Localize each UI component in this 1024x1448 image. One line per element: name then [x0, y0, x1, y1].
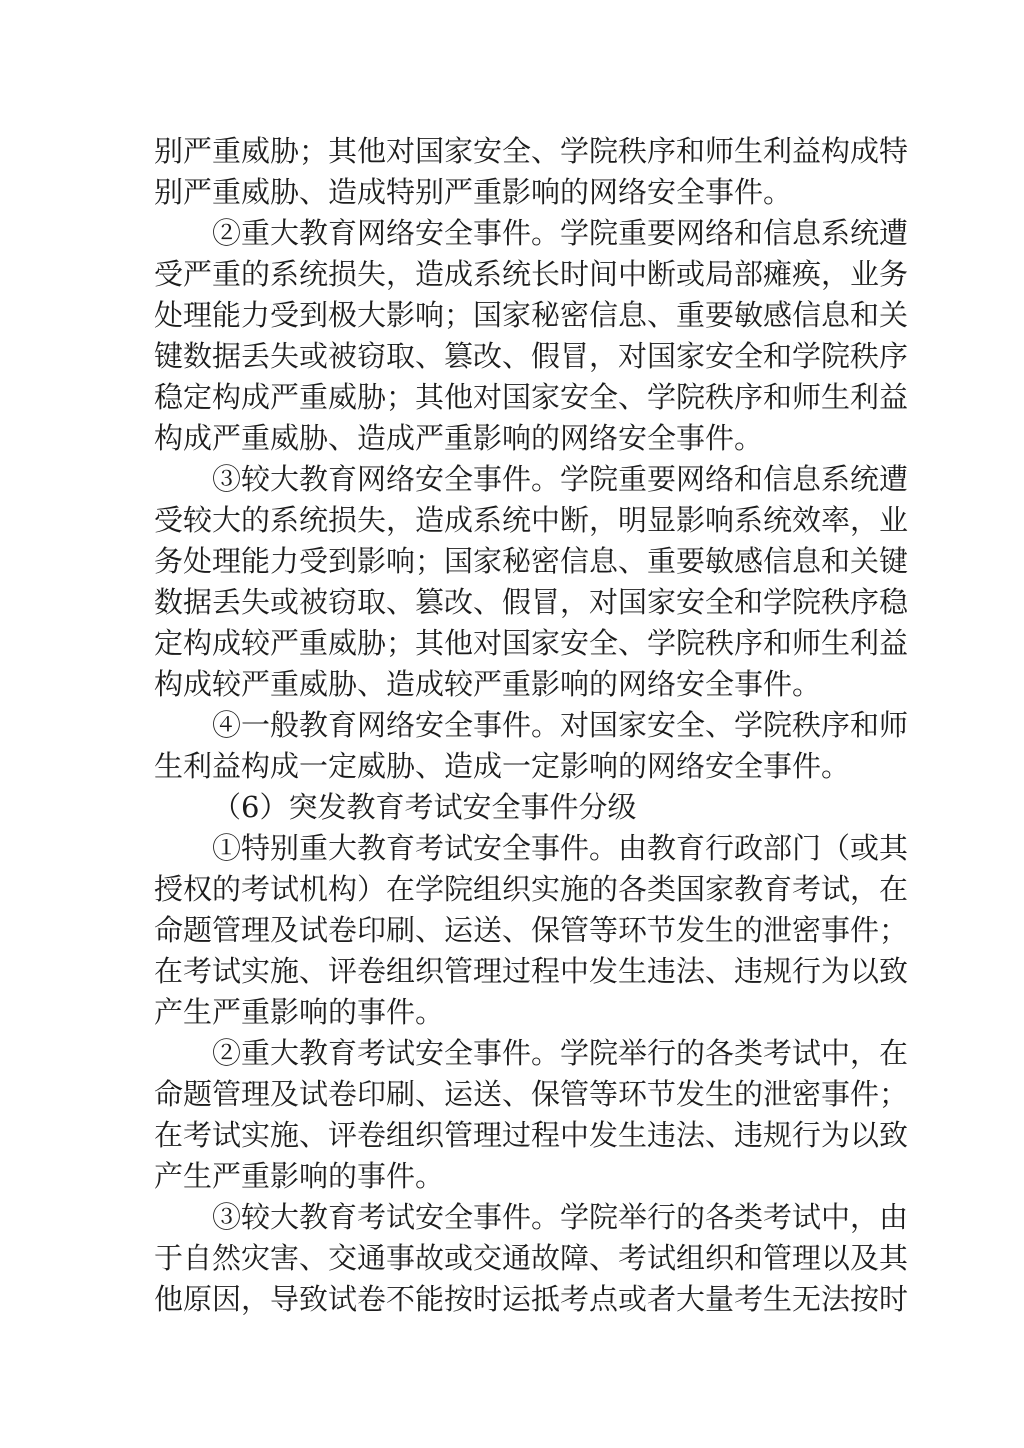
text-block: 别严重威胁；其他对国家安全、学院秩序和师生利益构成特 别严重威胁、造成特别严重影…	[154, 131, 908, 1320]
text-line: 在考试实施、评卷组织管理过程中发生违法、违规行为以致	[154, 1115, 908, 1156]
text-line: 命题管理及试卷印刷、运送、保管等环节发生的泄密事件；	[154, 910, 908, 951]
text-line: 务处理能力受到影响；国家秘密信息、重要敏感信息和关键	[154, 541, 908, 582]
text-line: ②重大教育考试安全事件。学院举行的各类考试中，在	[154, 1033, 908, 1074]
text-line: ①特别重大教育考试安全事件。由教育行政部门（或其	[154, 828, 908, 869]
text-line: ②重大教育网络安全事件。学院重要网络和信息系统遭	[154, 213, 908, 254]
text-line: 处理能力受到极大影响；国家秘密信息、重要敏感信息和关	[154, 295, 908, 336]
text-line: ④一般教育网络安全事件。对国家安全、学院秩序和师	[154, 705, 908, 746]
text-line: ③较大教育考试安全事件。学院举行的各类考试中，由	[154, 1197, 908, 1238]
text-line: 构成严重威胁、造成严重影响的网络安全事件。	[154, 418, 908, 459]
text-line: 稳定构成严重威胁；其他对国家安全、学院秩序和师生利益	[154, 377, 908, 418]
text-line: 受严重的系统损失，造成系统长时间中断或局部瘫痪，业务	[154, 254, 908, 295]
text-line: 构成较严重威胁、造成较严重影响的网络安全事件。	[154, 664, 908, 705]
text-line: 数据丢失或被窃取、篡改、假冒，对国家安全和学院秩序稳	[154, 582, 908, 623]
text-line: 键数据丢失或被窃取、篡改、假冒，对国家安全和学院秩序	[154, 336, 908, 377]
text-line: 别严重威胁；其他对国家安全、学院秩序和师生利益构成特	[154, 131, 908, 172]
text-line: 定构成较严重威胁；其他对国家安全、学院秩序和师生利益	[154, 623, 908, 664]
text-line: 于自然灾害、交通事故或交通故障、考试组织和管理以及其	[154, 1238, 908, 1279]
text-line: ③较大教育网络安全事件。学院重要网络和信息系统遭	[154, 459, 908, 500]
text-line: 生利益构成一定威胁、造成一定影响的网络安全事件。	[154, 746, 908, 787]
text-line: 在考试实施、评卷组织管理过程中发生违法、违规行为以致	[154, 951, 908, 992]
text-line: 命题管理及试卷印刷、运送、保管等环节发生的泄密事件；	[154, 1074, 908, 1115]
document-page: 别严重威胁；其他对国家安全、学院秩序和师生利益构成特 别严重威胁、造成特别严重影…	[0, 0, 1024, 1448]
text-line: 他原因，导致试卷不能按时运抵考点或者大量考生无法按时	[154, 1279, 908, 1320]
text-line section-heading: （6）突发教育考试安全事件分级	[154, 787, 908, 828]
text-line: 别严重威胁、造成特别严重影响的网络安全事件。	[154, 172, 908, 213]
text-line: 产生严重影响的事件。	[154, 1156, 908, 1197]
text-line: 授权的考试机构）在学院组织实施的各类国家教育考试，在	[154, 869, 908, 910]
text-line: 产生严重影响的事件。	[154, 992, 908, 1033]
text-line: 受较大的系统损失，造成系统中断，明显影响系统效率，业	[154, 500, 908, 541]
